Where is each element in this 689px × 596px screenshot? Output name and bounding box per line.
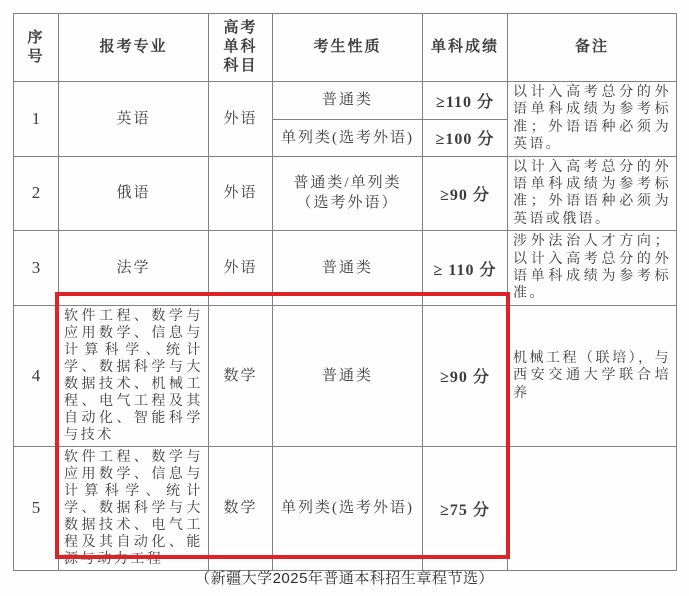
table-row-1a: 1 英语 外语 普通类 ≥110 分 以计入高考总分的外语单科成绩为参考标准；外… [14,82,677,120]
header-row: 序 号 报考专业 高考 单科 科目 考生性质 单科成绩 备注 [14,14,677,82]
admission-requirements-table: 序 号 报考专业 高考 单科 科目 考生性质 单科成绩 备注 1 英语 外语 普… [13,13,677,571]
row2-major-cell: 俄语 [59,156,209,231]
row3-major-cell: 法学 [59,231,209,306]
row5-score-cell: ≥75 分 [423,446,508,570]
row1-remark-cell: 以计入高考总分的外语单科成绩为参考标准；外语语种必须为英语。 [508,82,677,157]
header-score: 单科成绩 [423,14,508,82]
row3-score-cell: ≥ 110 分 [423,231,508,306]
row3-candidate-cell: 普通类 [273,231,423,306]
row5-subject-cell: 数学 [209,446,273,570]
row1-score-cell-2: ≥100 分 [423,119,508,156]
table-row-4: 4 软件工程、数学与应用数学、信息与计算科学、统计学、数据科学与大数据技术、机械… [14,305,677,446]
table-row-2: 2 俄语 外语 普通类/单列类（选考外语） ≥90 分 以计入高考总分的外语单科… [14,156,677,231]
row4-major-cell: 软件工程、数学与应用数学、信息与计算科学、统计学、数据科学与大数据技术、机械工程… [59,305,209,446]
row2-score-cell: ≥90 分 [423,156,508,231]
row2-candidate-cell: 普通类/单列类（选考外语） [273,156,423,231]
row1-candidate-cell-1: 普通类 [273,82,423,120]
table-row-5: 5 软件工程、数学与应用数学、信息与计算科学、统计学、数据科学与大数据技术、电气… [14,446,677,570]
row1-major-cell: 英语 [59,82,209,157]
header-seq: 序 号 [14,14,59,82]
row4-candidate-cell: 普通类 [273,305,423,446]
row1-candidate-cell-2: 单列类(选考外语) [273,119,423,156]
row1-score-cell-1: ≥110 分 [423,82,508,120]
row5-remark-cell [508,446,677,570]
row5-major-cell: 软件工程、数学与应用数学、信息与计算科学、统计学、数据科学与大数据技术、电气工程… [59,446,209,570]
row3-seq-cell: 3 [14,231,59,306]
row3-subject-cell: 外语 [209,231,273,306]
row4-seq-cell: 4 [14,305,59,446]
header-remark: 备注 [508,14,677,82]
row2-subject-cell: 外语 [209,156,273,231]
table-row-3: 3 法学 外语 普通类 ≥ 110 分 涉外法治人才方向；以计入高考总分的外语单… [14,231,677,306]
row1-seq-cell: 1 [14,82,59,157]
row4-score-cell: ≥90 分 [423,305,508,446]
header-subject: 高考 单科 科目 [209,14,273,82]
row1-subject-cell: 外语 [209,82,273,157]
row5-seq-cell: 5 [14,446,59,570]
row3-remark-cell: 涉外法治人才方向；以计入高考总分的外语单科成绩为参考标准。 [508,231,677,306]
header-candidate: 考生性质 [273,14,423,82]
row5-candidate-cell: 单列类(选考外语) [273,446,423,570]
row2-remark-cell: 以计入高考总分的外语单科成绩为参考标准；外语语种必须为英语或俄语。 [508,156,677,231]
row4-subject-cell: 数学 [209,305,273,446]
header-major: 报考专业 [59,14,209,82]
caption: （新疆大学2025年普通本科招生章程节选） [0,567,689,588]
row2-seq-cell: 2 [14,156,59,231]
article-screenshot: 序 号 报考专业 高考 单科 科目 考生性质 单科成绩 备注 1 英语 外语 普… [0,0,689,596]
row4-remark-cell: 机械工程（联培），与西安交通大学联合培养 [508,305,677,446]
